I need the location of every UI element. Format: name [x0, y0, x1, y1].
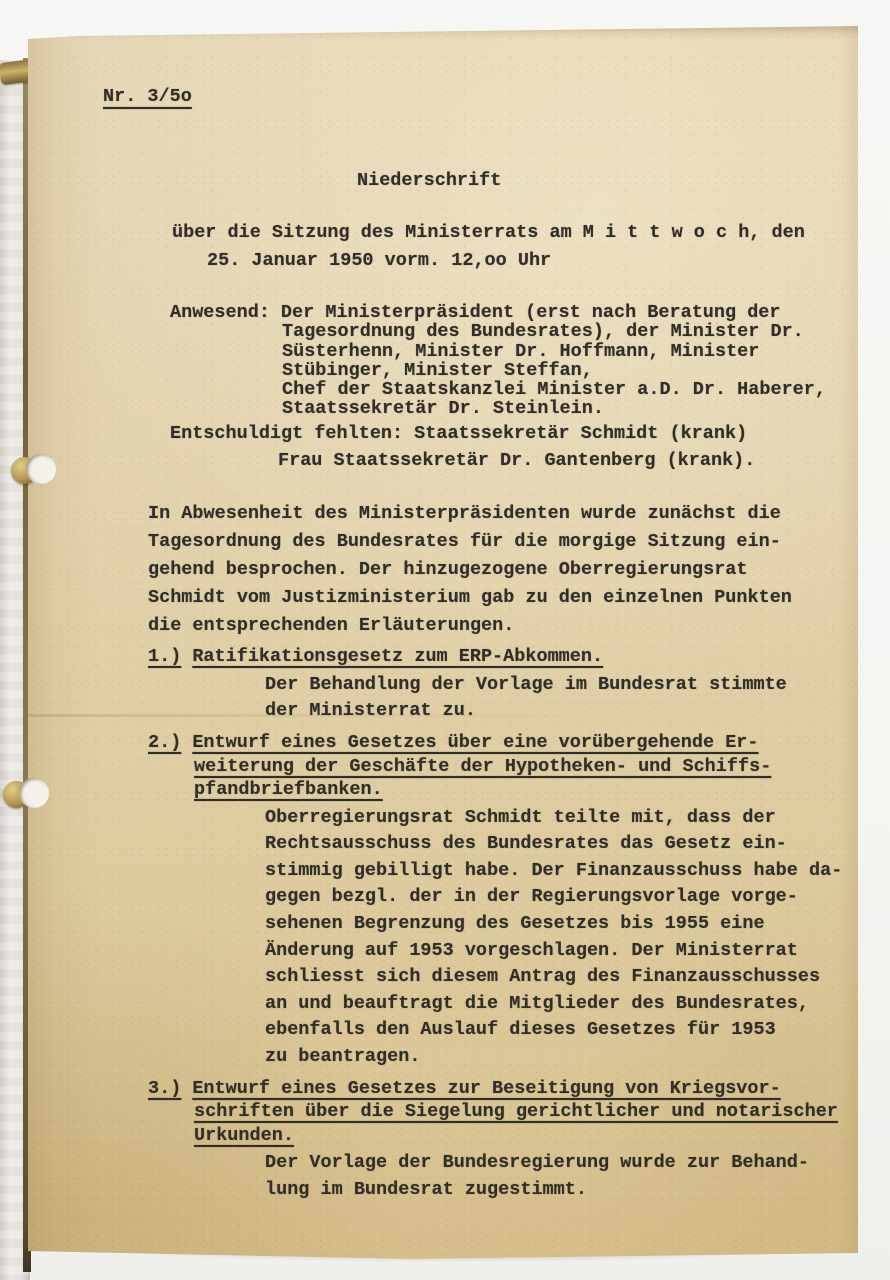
- agenda-item-1: 1.)Ratifikationsgesetz zum ERP-Abkommen.…: [148, 645, 858, 725]
- excused-name-1: Staatssekretär Schmidt (krank): [414, 423, 747, 444]
- excused-label: Entschuldigt fehlten:: [170, 423, 414, 444]
- binding-hole-bottom: [19, 778, 49, 808]
- attendance-section: Anwesend:Der Ministerpräsident (erst nac…: [170, 303, 858, 470]
- agenda-item-2: 2.)Entwurf eines Gesetzes über eine vorü…: [148, 731, 858, 1070]
- excused-line-2: Frau Staatssekretär Dr. Gantenberg (kran…: [278, 451, 858, 470]
- document-number: Nr. 3/5o: [103, 86, 858, 108]
- scanned-document: { "document": { "doc_number": "Nr. 3/5o"…: [0, 0, 890, 1280]
- agenda-item-2-body: Oberregierungsrat Schmidt teilte mit, da…: [265, 805, 858, 1071]
- document-page: Nr. 3/5o Niederschrift über die Sitzung …: [28, 26, 858, 1260]
- binding-hole-top: [26, 454, 56, 484]
- agenda-item-3-body: Der Vorlage der Bundesregierung wurde zu…: [265, 1150, 858, 1203]
- agenda-item-3-heading: 3.)Entwurf eines Gesetzes zur Beseitigun…: [148, 1077, 858, 1148]
- present-list: Anwesend:Der Ministerpräsident (erst nac…: [170, 303, 858, 419]
- agenda-item-1-number: 1.): [148, 646, 192, 667]
- agenda-item-1-body: Der Behandlung der Vorlage im Bundesrat …: [265, 672, 858, 725]
- agenda-item-1-heading: 1.)Ratifikationsgesetz zum ERP-Abkommen.: [148, 645, 858, 669]
- session-line-2: 25. Januar 1950 vorm. 12,oo Uhr: [207, 247, 858, 275]
- typewritten-content: Nr. 3/5o Niederschrift über die Sitzung …: [28, 26, 858, 1203]
- present-names: Der Ministerpräsident (erst nach Beratun…: [281, 302, 826, 419]
- excused-line-1: Entschuldigt fehlten:Staatssekretär Schm…: [170, 424, 858, 443]
- session-info: über die Sitzung des Ministerrats am M i…: [148, 219, 858, 275]
- introduction-paragraph: In Abwesenheit des Ministerpräsidenten w…: [148, 500, 858, 640]
- agenda-item-2-number: 2.): [148, 732, 192, 753]
- agenda-item-1-title: Ratifikationsgesetz zum ERP-Abkommen.: [192, 646, 603, 667]
- present-label: Anwesend:: [170, 302, 281, 323]
- agenda-item-2-title: Entwurf eines Gesetzes über eine vorüber…: [192, 732, 771, 800]
- agenda-item-3-number: 3.): [148, 1078, 192, 1099]
- agenda-item-3-title: Entwurf eines Gesetzes zur Beseitigung v…: [192, 1078, 838, 1146]
- session-line-1: über die Sitzung des Ministerrats am M i…: [172, 219, 858, 247]
- document-title: Niederschrift: [357, 170, 858, 192]
- agenda-item-2-heading: 2.)Entwurf eines Gesetzes über eine vorü…: [148, 731, 858, 802]
- agenda-item-3: 3.)Entwurf eines Gesetzes zur Beseitigun…: [148, 1077, 858, 1204]
- document-number-text: Nr. 3/5o: [103, 86, 208, 107]
